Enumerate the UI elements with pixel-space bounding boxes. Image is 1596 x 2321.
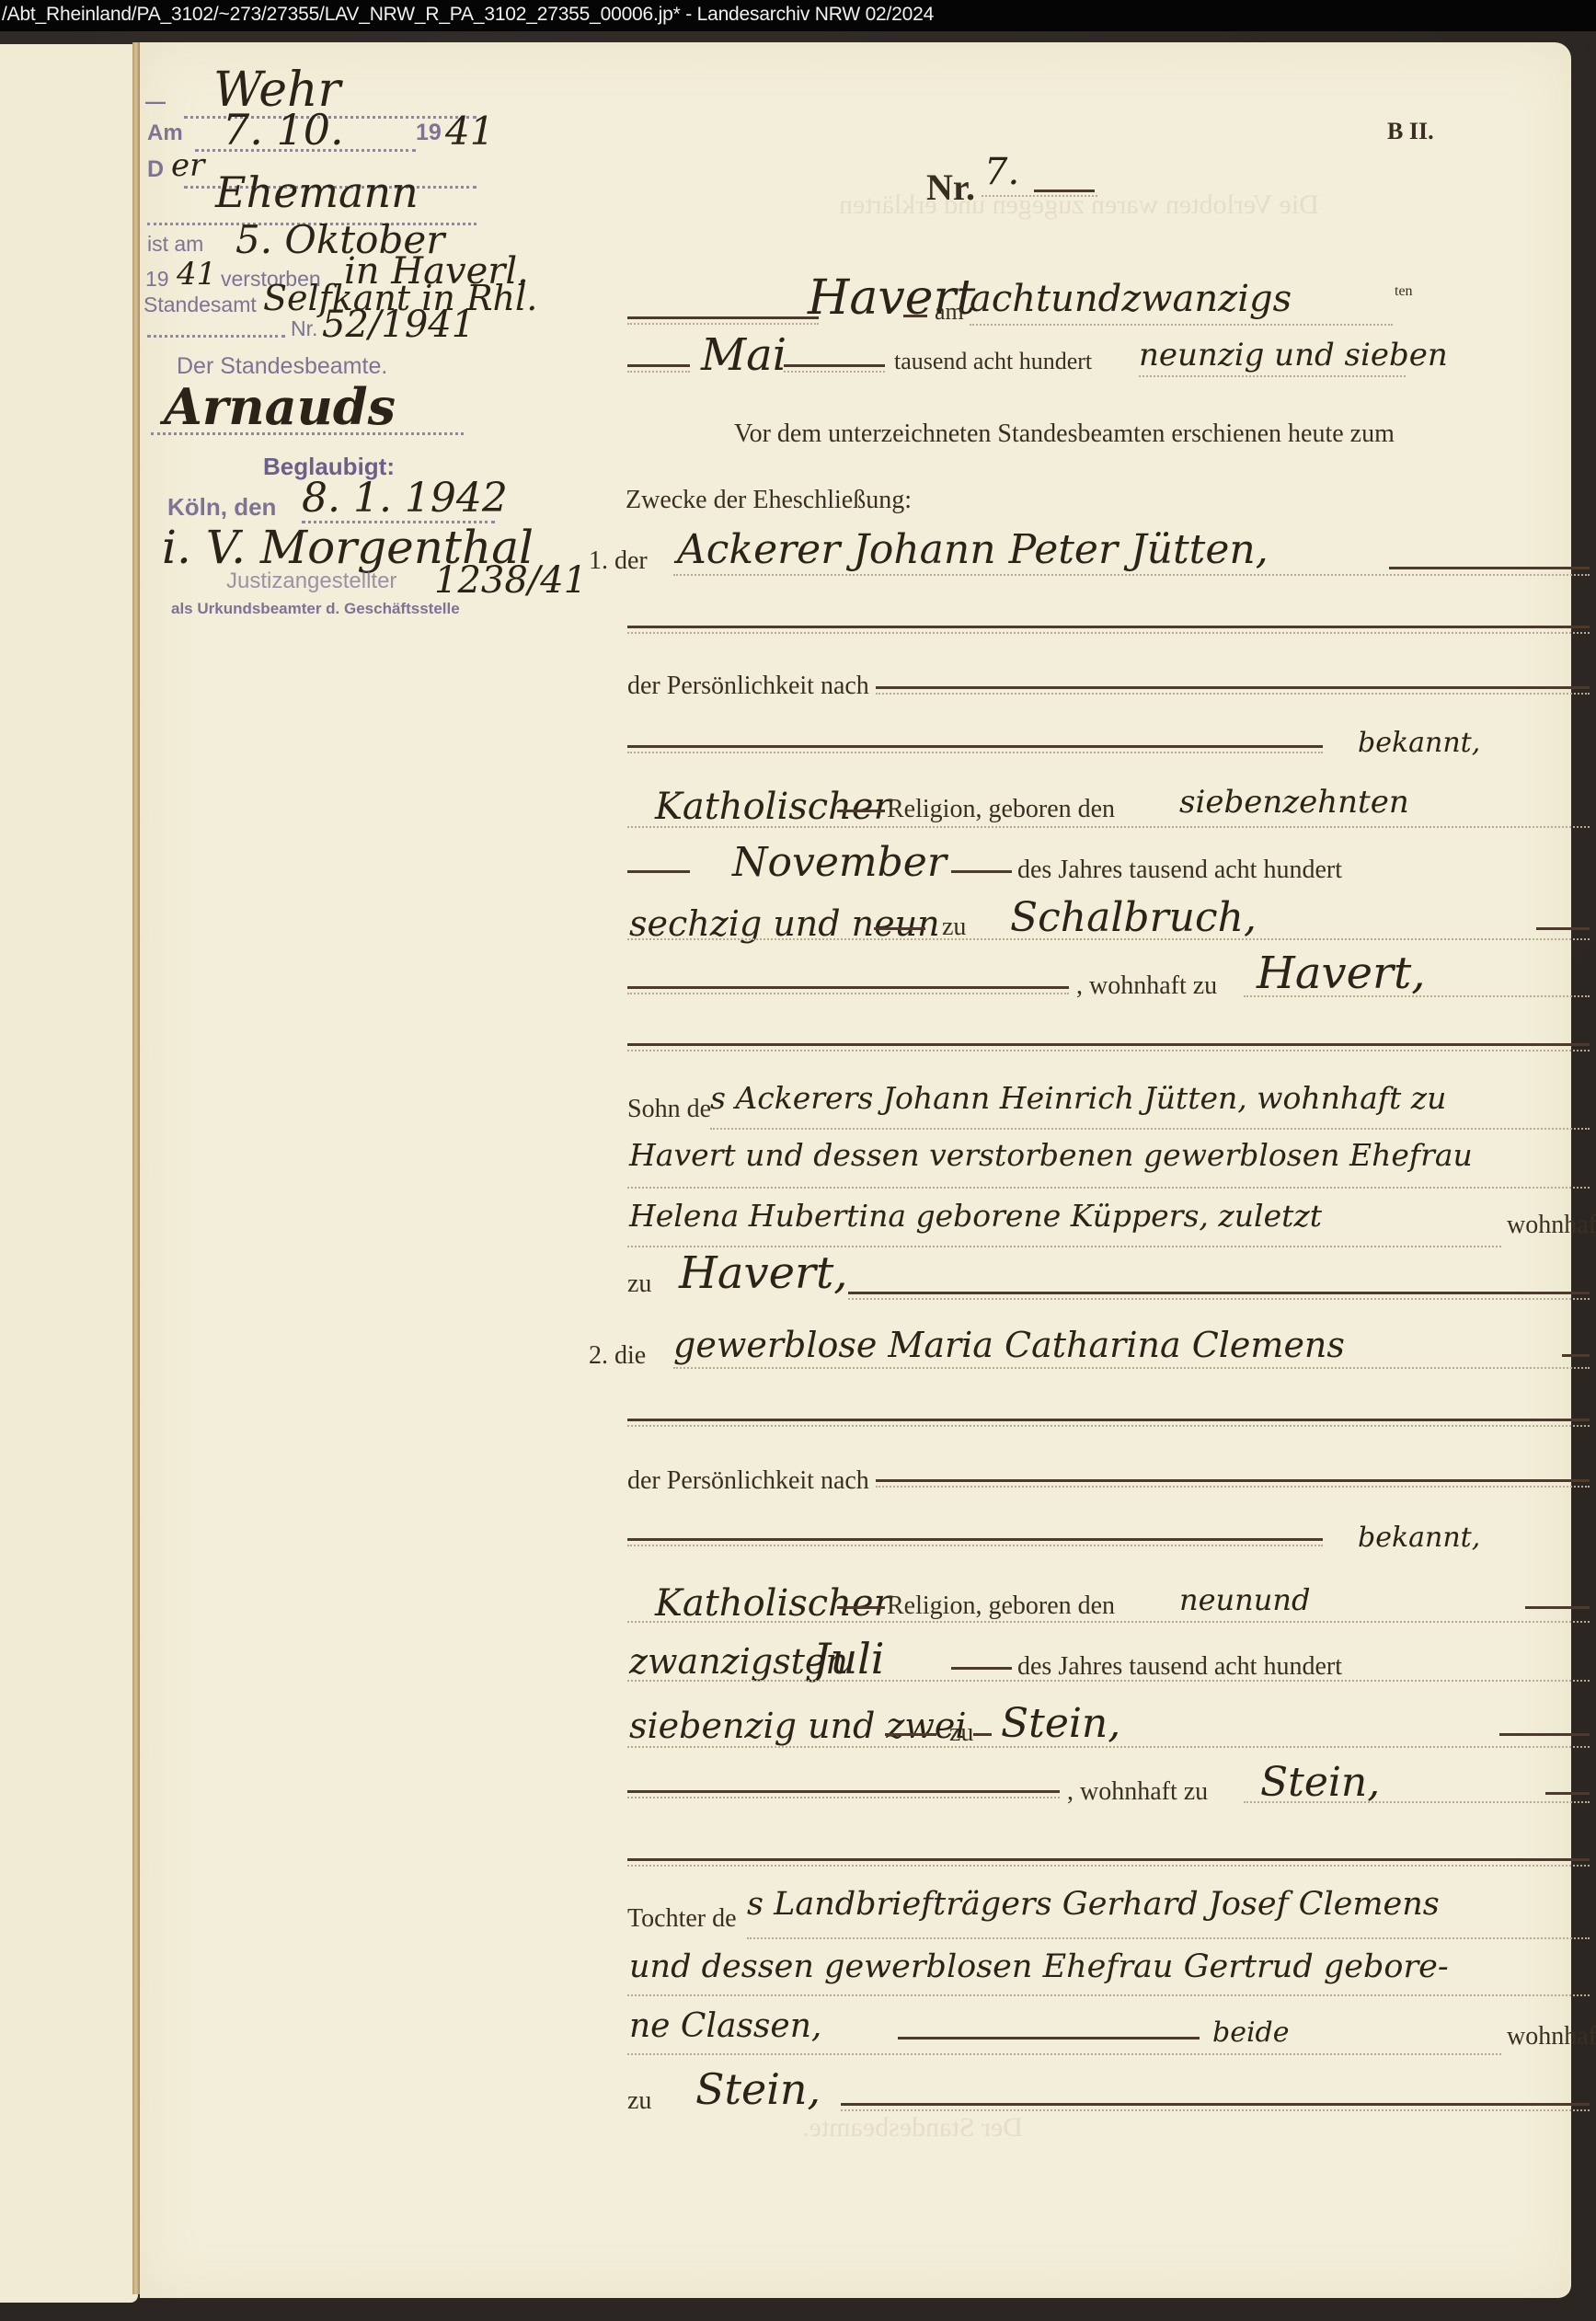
d-suffix: er <box>171 147 204 184</box>
bride-father: s Landbriefträgers Gerhard Josef Clemens <box>747 1886 1440 1923</box>
year-prefix: 19 <box>416 120 442 146</box>
groom-religion: Katholischer <box>655 786 891 828</box>
am-date: 7. 10. <box>223 105 344 155</box>
certification-date: 8. 1. 1942 <box>302 475 508 522</box>
bekannt-text: bekannt, <box>1358 727 1480 759</box>
bride-birthplace: Stein, <box>1001 1700 1120 1747</box>
registrar-signature: Arnauds <box>164 377 396 436</box>
zu-label: zu <box>949 1718 973 1748</box>
nr-label: Nr. <box>291 316 317 341</box>
groom-birth-month: November <box>732 839 947 886</box>
year-prefix-label: tausend acht hundert <box>894 348 1092 375</box>
bride-name: gewerblose Maria Catharina Clemens <box>673 1325 1345 1365</box>
standesbeamte-label: Der Standesbeamte. <box>177 353 387 380</box>
groom-parents-residence: Havert, <box>679 1247 848 1299</box>
groom-father: s Ackerers Johann Heinrich Jütten, wohnh… <box>710 1080 1446 1116</box>
bride-parents-residence: Stein, <box>695 2064 821 2114</box>
bride-number-label: 2. die <box>589 1341 646 1371</box>
bride-mother-line1: und dessen gewerblosen Ehefrau Gertrud g… <box>629 1948 1449 1985</box>
ist-am-label: ist am <box>147 232 203 257</box>
bride-birth-month: Juli <box>813 1634 885 1683</box>
bride-mother-line2: ne Classen, <box>629 2007 821 2045</box>
intro-text-line1: Vor dem unterzeichneten Standesbeamten e… <box>734 419 1395 449</box>
register-number: 52/1941 <box>322 304 475 346</box>
bride-residence: Stein, <box>1260 1759 1380 1806</box>
marriage-month: Mai <box>701 329 787 381</box>
bride-birth-day: neunund <box>1179 1582 1310 1617</box>
persoenlichkeit-label: der Persönlichkeit nach <box>627 672 869 701</box>
deceased-relation: Ehemann <box>215 167 419 217</box>
year2-suffix: 41 <box>177 256 216 293</box>
left-facing-page <box>0 44 138 2303</box>
entry-number: 7. <box>984 151 1019 193</box>
groom-mother-line1: Havert und dessen verstorbenen gewerblos… <box>629 1137 1473 1173</box>
groom-birth-day: siebenzehnten <box>1179 784 1409 821</box>
groom-mother-line2: Helena Hubertina geborene Küppers, zulet… <box>629 1198 1322 1234</box>
intro-text-line2: Zwecke der Eheschließung: <box>626 486 912 515</box>
persoenlichkeit-label: der Persönlichkeit nach <box>627 1466 869 1496</box>
bekannt-text: bekannt, <box>1358 1522 1480 1554</box>
wohnhaft-label: , wohnhaft zu <box>1067 1777 1208 1807</box>
religion-label: Religion, geboren den <box>887 1591 1115 1621</box>
marriage-day: achtundzwanzigs <box>970 278 1292 320</box>
religion-label: Religion, geboren den <box>887 795 1115 824</box>
am-label: am <box>935 298 964 326</box>
groom-name: Ackerer Johann Peter Jütten, <box>677 526 1269 573</box>
reference-number: 1238/41 <box>434 559 587 602</box>
bride-religion: Katholischer <box>655 1582 891 1625</box>
tochter-label: Tochter de <box>627 1904 737 1934</box>
groom-residence: Havert, <box>1257 948 1426 999</box>
marriage-year: neunzig und sieben <box>1139 337 1448 373</box>
standesamt-label: Standesamt <box>144 293 257 317</box>
groom-number-label: 1. der <box>589 546 648 576</box>
year2-prefix: 19 <box>145 267 169 292</box>
year-suffix: 41 <box>445 109 494 154</box>
entry-number-label: Nr. <box>926 166 975 209</box>
beide-text: beide <box>1212 2017 1290 2049</box>
bride-birth-year: siebenzig und zwei <box>629 1706 967 1746</box>
justiz-label: Justizangestellter <box>226 569 396 594</box>
wohnhaft-label: wohnhaft <box>1507 2022 1596 2051</box>
des-jahres-label: des Jahres tausend acht hundert <box>1017 1652 1342 1682</box>
zu-label: zu <box>627 2086 651 2116</box>
form-code: B II. <box>1387 118 1434 145</box>
groom-birthplace: Schalbruch, <box>1010 894 1257 941</box>
am-label: Am <box>147 121 183 146</box>
window-title: /Abt_Rheinland/PA_3102/~273/27355/LAV_NR… <box>0 0 1596 31</box>
register-page: Die Verlobten waren zugegen und erklärte… <box>140 42 1571 2298</box>
zu-label: zu <box>627 1270 651 1299</box>
wohnhaft-label: , wohnhaft zu <box>1076 971 1217 1001</box>
zuletzt-wohnhaft-label: wohnhaft <box>1507 1211 1596 1240</box>
bleed-through-text: Der Standesbeamte. <box>802 2112 1023 2143</box>
urkund-label: als Urkundsbeamter d. Geschäftsstelle <box>171 600 460 618</box>
book-spine <box>132 42 140 2294</box>
koeln-label: Köln, den <box>167 493 276 522</box>
sohn-label: Sohn de <box>627 1095 711 1124</box>
des-jahres-label: des Jahres tausend acht hundert <box>1017 856 1342 885</box>
ten-suffix: ten <box>1395 283 1413 300</box>
d-label: D <box>147 156 164 183</box>
